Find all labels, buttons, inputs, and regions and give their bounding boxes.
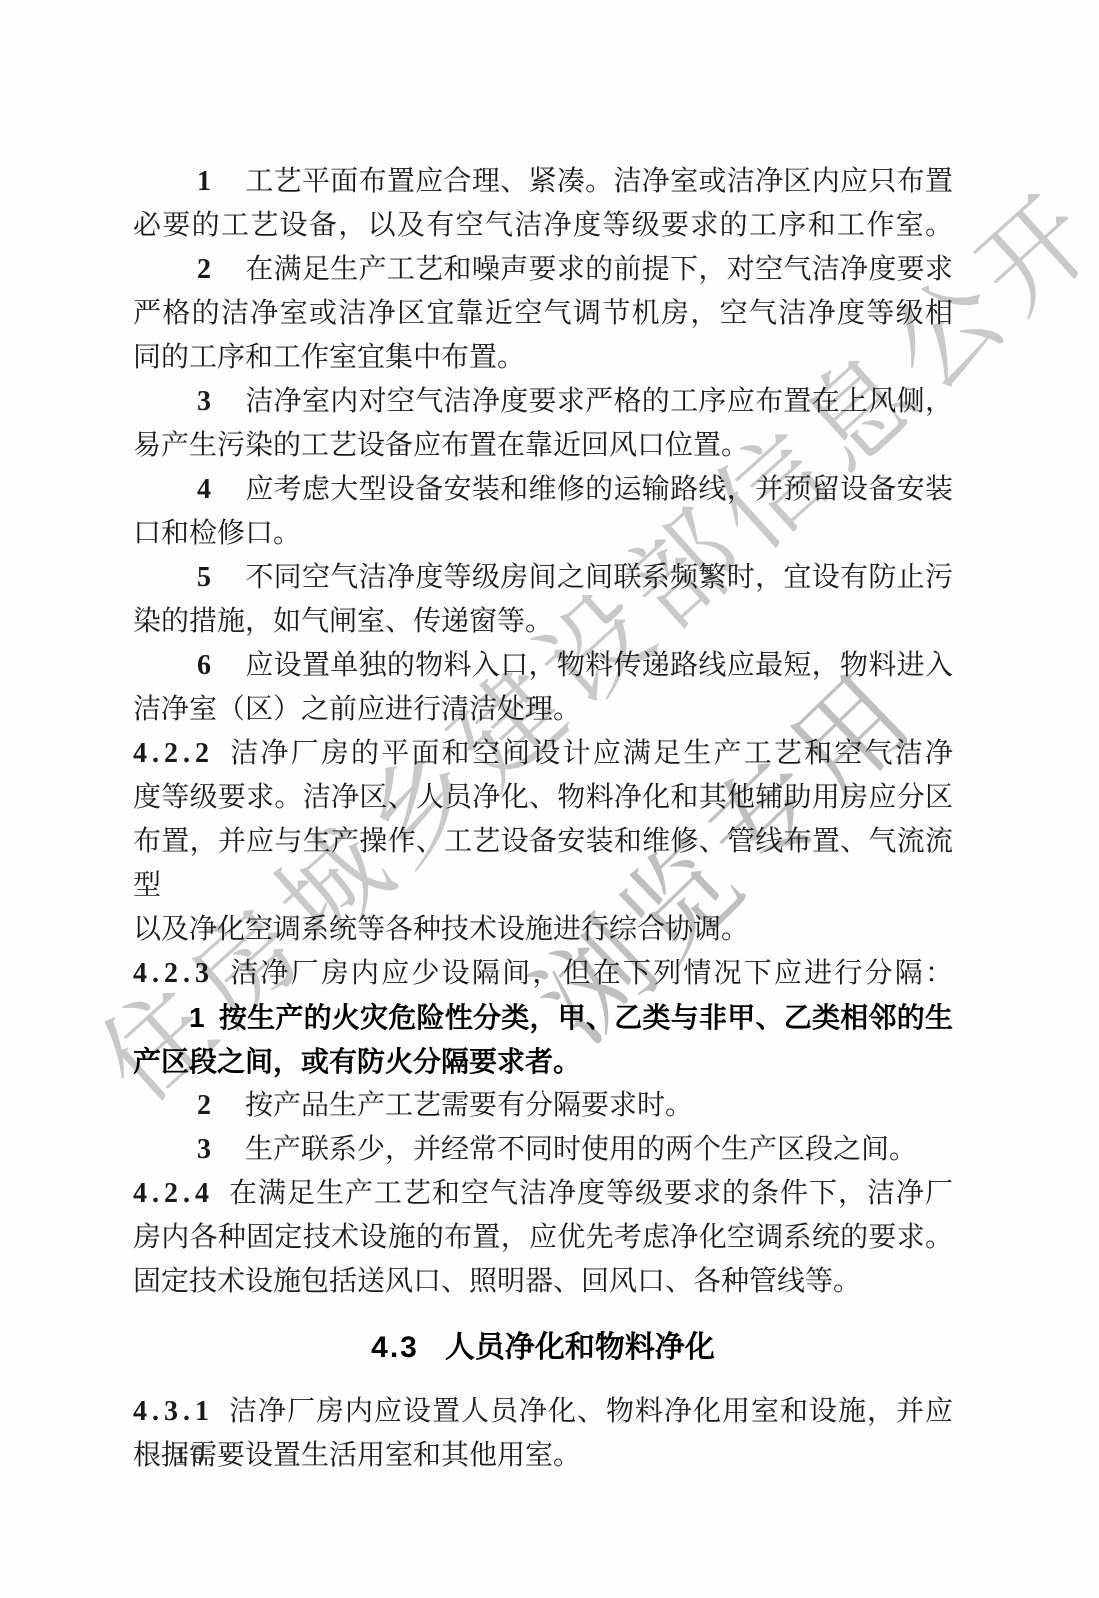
clause-number: 4 — [197, 474, 211, 505]
line-text: 严格的洁净室或洁净区宜靠近空气调节机房，空气洁净度等级相 — [133, 298, 953, 329]
line-text: 洁净厂房内应设置人员净化、物料净化用室和设施，并应 — [228, 1396, 953, 1427]
clause-number: 5 — [197, 562, 211, 593]
article-number: 4.2.3 — [133, 958, 214, 989]
text-line: 4.3.1洁净厂房内应设置人员净化、物料净化用室和设施，并应 — [133, 1390, 953, 1434]
text-line: 1按生产的火灾危险性分类，甲、乙类与非甲、乙类相邻的生 — [133, 996, 953, 1040]
text-line: 2按产品生产工艺需要有分隔要求时。 — [133, 1084, 953, 1128]
text-line: 洁净室（区）之前应进行清洁处理。 — [133, 688, 953, 732]
line-text: 易产生污染的工艺设备应布置在靠近回风口位置。 — [133, 430, 749, 461]
section-title: 人员净化和物料净化 — [445, 1331, 715, 1364]
text-line: 以及净化空调系统等各种技术设施进行综合协调。 — [133, 908, 953, 952]
clause-number: 6 — [197, 650, 211, 681]
line-text: 固定技术设施包括送风口、照明器、回风口、各种管线等。 — [133, 1266, 861, 1297]
line-text: 必要的工艺设备，以及有空气洁净度等级要求的工序和工作室。 — [133, 210, 953, 241]
text-line: 4.2.3洁净厂房内应少设隔间，但在下列情况下应进行分隔： — [133, 952, 953, 996]
line-text: 洁净厂房内应少设隔间，但在下列情况下应进行分隔： — [228, 958, 953, 989]
text-line: 4.2.4在满足生产工艺和空气洁净度等级要求的条件下，洁净厂 — [133, 1172, 953, 1216]
line-text: 在满足生产工艺和空气洁净度等级要求的条件下，洁净厂 — [228, 1178, 953, 1209]
clause-number: 3 — [197, 1134, 211, 1165]
clause-number: 1 — [189, 1002, 205, 1033]
text-line: 布置，并应与生产操作、工艺设备安装和维修、管线布置、气流流型 — [133, 820, 953, 908]
line-text: 工艺平面布置应合理、紧凑。洁净室或洁净区内应只布置 — [245, 166, 953, 197]
line-text: 洁净室（区）之前应进行清洁处理。 — [133, 694, 581, 725]
line-text: 口和检修口。 — [133, 518, 301, 549]
text-column: 1工艺平面布置应合理、紧凑。洁净室或洁净区内应只布置 必要的工艺设备，以及有空气… — [133, 160, 953, 1478]
clause-number: 1 — [197, 166, 211, 197]
line-text: 产区段之间，或有防火分隔要求者。 — [133, 1046, 581, 1077]
text-line: 2在满足生产工艺和噪声要求的前提下，对空气洁净度要求 — [133, 248, 953, 292]
text-line: 必要的工艺设备，以及有空气洁净度等级要求的工序和工作室。 — [133, 204, 953, 248]
clause-number: 2 — [197, 254, 211, 285]
text-line: 严格的洁净室或洁净区宜靠近空气调节机房，空气洁净度等级相 — [133, 292, 953, 336]
text-line: 同的工序和工作室宜集中布置。 — [133, 336, 953, 380]
line-text: 布置，并应与生产操作、工艺设备安装和维修、管线布置、气流流型 — [133, 826, 953, 901]
article-number: 4.2.2 — [133, 738, 214, 769]
text-line: 5不同空气洁净度等级房间之间联系频繁时，宜设有防止污 — [133, 556, 953, 600]
text-line: 度等级要求。洁净区、人员净化、物料净化和其他辅助用房应分区 — [133, 776, 953, 820]
line-text: 应设置单独的物料入口，物料传递路线应最短，物料进入 — [245, 650, 953, 681]
line-text: 按生产的火灾危险性分类，甲、乙类与非甲、乙类相邻的生 — [219, 1002, 953, 1033]
text-line: 房内各种固定技术设施的布置，应优先考虑净化空调系统的要求。 — [133, 1216, 953, 1260]
line-text: 生产联系少，并经常不同时使用的两个生产区段之间。 — [245, 1134, 917, 1165]
document-page: 住房城乡建设部信息公开 浏览专用 1工艺平面布置应合理、紧凑。洁净室或洁净区内应… — [0, 0, 1099, 1598]
line-text: 房内各种固定技术设施的布置，应优先考虑净化空调系统的要求。 — [133, 1222, 953, 1253]
line-text: 染的措施，如气闸室、传递窗等。 — [133, 606, 553, 637]
text-line: 根据需要设置生活用室和其他用室。 — [133, 1434, 953, 1478]
article-number: 4.2.4 — [133, 1178, 214, 1209]
text-line: 口和检修口。 — [133, 512, 953, 556]
line-text: 度等级要求。洁净区、人员净化、物料净化和其他辅助用房应分区 — [133, 782, 953, 813]
line-text: 按产品生产工艺需要有分隔要求时。 — [245, 1090, 693, 1121]
section-number: 4.3 — [371, 1331, 419, 1364]
text-line: 易产生污染的工艺设备应布置在靠近回风口位置。 — [133, 424, 953, 468]
text-line: 3生产联系少，并经常不同时使用的两个生产区段之间。 — [133, 1128, 953, 1172]
text-line: 产区段之间，或有防火分隔要求者。 — [133, 1040, 953, 1084]
clause-number: 2 — [197, 1090, 211, 1121]
text-line: 4应考虑大型设备安装和维修的运输路线，并预留设备安装 — [133, 468, 953, 512]
text-line: 6应设置单独的物料入口，物料传递路线应最短，物料进入 — [133, 644, 953, 688]
line-text: 在满足生产工艺和噪声要求的前提下，对空气洁净度要求 — [245, 254, 953, 285]
article-number: 4.3.1 — [133, 1396, 214, 1427]
text-line: 固定技术设施包括送风口、照明器、回风口、各种管线等。 — [133, 1260, 953, 1304]
line-text: 应考虑大型设备安装和维修的运输路线，并预留设备安装 — [245, 474, 953, 505]
text-line: 1工艺平面布置应合理、紧凑。洁净室或洁净区内应只布置 — [133, 160, 953, 204]
line-text: 洁净室内对空气洁净度要求严格的工序应布置在上风侧， — [245, 386, 953, 417]
line-text: 以及净化空调系统等各种技术设施进行综合协调。 — [133, 914, 749, 945]
text-line: 染的措施，如气闸室、传递窗等。 — [133, 600, 953, 644]
line-text: 不同空气洁净度等级房间之间联系频繁时，宜设有防止污 — [245, 562, 953, 593]
text-line: 4.2.2洁净厂房的平面和空间设计应满足生产工艺和空气洁净 — [133, 732, 953, 776]
clause-number: 3 — [197, 386, 211, 417]
section-heading: 4.3人员净化和物料净化 — [133, 1326, 953, 1370]
page-number: · 10 · — [150, 1442, 234, 1470]
line-text: 同的工序和工作室宜集中布置。 — [133, 342, 525, 373]
text-line: 3洁净室内对空气洁净度要求严格的工序应布置在上风侧， — [133, 380, 953, 424]
line-text: 洁净厂房的平面和空间设计应满足生产工艺和空气洁净 — [228, 738, 953, 769]
